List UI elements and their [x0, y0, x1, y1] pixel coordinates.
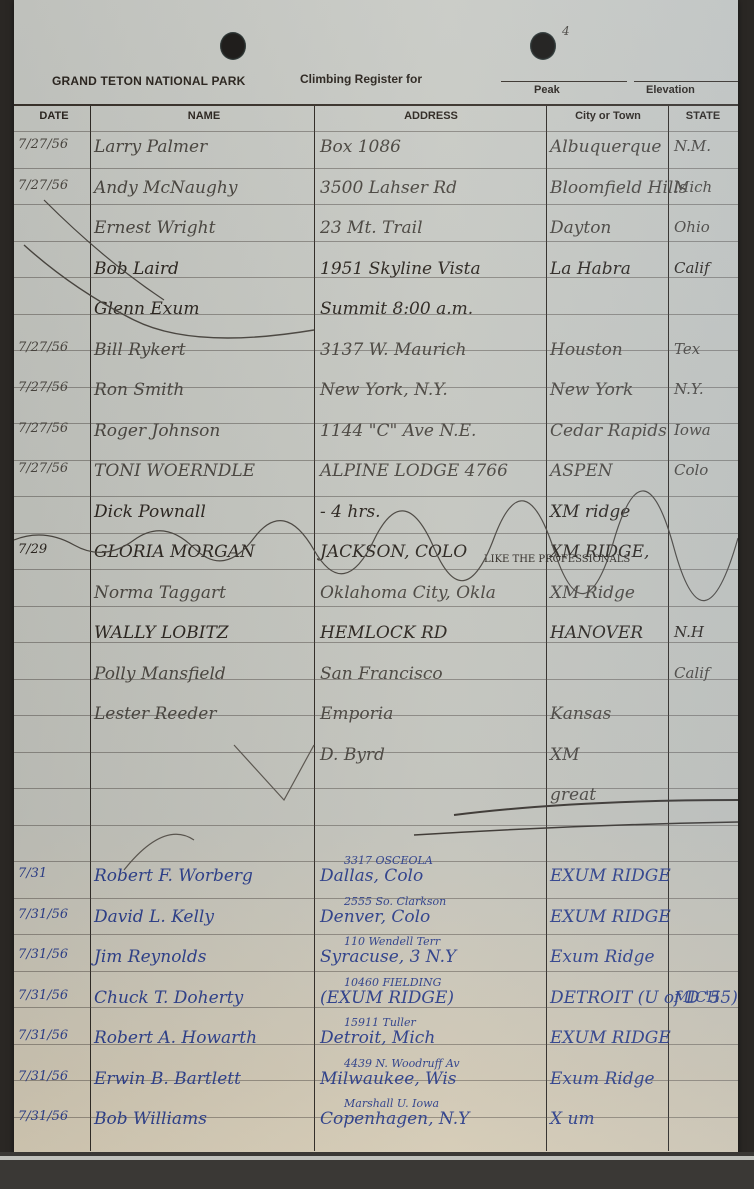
entry-name: Norma Taggart — [94, 583, 314, 603]
register-entry-row: Polly MansfieldSan FranciscoCalif — [14, 658, 738, 694]
entry-state: N.H — [674, 623, 734, 641]
entry-address: Detroit, Mich — [320, 1028, 545, 1048]
entry-city: Kansas — [550, 704, 668, 724]
entry-address: 23 Mt. Trail — [320, 218, 545, 238]
entry-city: Exum Ridge — [550, 1069, 668, 1089]
entry-city: XM — [550, 745, 668, 765]
entry-city: ASPEN — [550, 461, 668, 481]
column-header-address: ADDRESS — [316, 110, 546, 122]
entry-state: N.Y. — [674, 380, 734, 398]
entry-name: David L. Kelly — [94, 907, 314, 927]
entry-address: Summit 8:00 a.m. — [320, 299, 545, 319]
register-entry-row: 7/27/56Andy McNaughy3500 Lahser RdBloomf… — [14, 172, 738, 208]
register-entry-row: 7/27/56Bill Rykert3137 W. MaurichHouston… — [14, 334, 738, 370]
register-entry-row: 7/31/56Erwin B. BartlettMilwaukee, WisEx… — [14, 1063, 738, 1099]
entry-name: Roger Johnson — [94, 421, 314, 441]
register-entry-row: Ernest Wright23 Mt. TrailDaytonOhio — [14, 212, 738, 248]
entry-address-note: Marshall U. Iowa — [344, 1097, 439, 1110]
entry-name: Dick Pownall — [94, 502, 314, 522]
park-title: GRAND TETON NATIONAL PARK — [52, 74, 245, 88]
entry-name: Larry Palmer — [94, 137, 314, 157]
entry-name: Bob Williams — [94, 1109, 314, 1129]
entry-address: 3137 W. Maurich — [320, 340, 545, 360]
entry-state: N.M. — [674, 137, 734, 155]
climbing-register-sheet: 4 GRAND TETON NATIONAL PARK Climbing Reg… — [14, 0, 738, 1165]
entry-date: 7/31/56 — [18, 1069, 88, 1084]
entry-date: 7/31 — [18, 866, 88, 881]
entry-address: 3500 Lahser Rd — [320, 178, 545, 198]
register-entry-row: 7/31/56David L. KellyDenver, ColoEXUM RI… — [14, 901, 738, 937]
entry-address: 1951 Skyline Vista — [320, 259, 545, 279]
entry-city: Exum Ridge — [550, 947, 668, 967]
ruled-line — [14, 168, 738, 169]
register-entry-row: 7/31Robert F. WorbergDallas, ColoEXUM RI… — [14, 860, 738, 896]
entry-date: 7/31/56 — [18, 1109, 88, 1124]
entry-city: EXUM RIDGE — [550, 866, 668, 886]
elevation-label: Elevation — [646, 84, 695, 96]
register-entry-row: 7/31/56Robert A. HowarthDetroit, MichEXU… — [14, 1022, 738, 1058]
entry-name: Ernest Wright — [94, 218, 314, 238]
entry-address: 1144 "C" Ave N.E. — [320, 421, 545, 441]
entry-address: Oklahoma City, Okla — [320, 583, 545, 603]
entry-city: New York — [550, 380, 668, 400]
entry-name: GLORIA MORGAN — [94, 542, 314, 562]
entry-city: XM ridge — [550, 502, 668, 522]
entry-name: WALLY LOBITZ — [94, 623, 314, 643]
entry-address: San Francisco — [320, 664, 545, 684]
entry-date: 7/31/56 — [18, 1028, 88, 1043]
entry-address: (EXUM RIDGE) — [320, 988, 545, 1008]
entry-state: Calif — [674, 259, 734, 277]
entry-city: Albuquerque — [550, 137, 668, 157]
entry-name: Robert F. Worberg — [94, 866, 314, 886]
entry-name: Ron Smith — [94, 380, 314, 400]
entry-address: Syracuse, 3 N.Y — [320, 947, 545, 967]
entry-name: Polly Mansfield — [94, 664, 314, 684]
entry-city: HANOVER — [550, 623, 668, 643]
register-entry-row — [14, 820, 738, 856]
entry-city: Dayton — [550, 218, 668, 238]
entry-city: EXUM RIDGE — [550, 1028, 668, 1048]
punch-hole — [530, 32, 556, 60]
column-header-state: STATE — [670, 110, 736, 122]
register-entry-row: 7/27/56Larry PalmerBox 1086AlbuquerqueN.… — [14, 131, 738, 167]
register-entry-row: Dick Pownall- 4 hrs.XM ridge — [14, 496, 738, 532]
corner-mark: 4 — [562, 24, 570, 38]
column-header-date: DATE — [18, 110, 90, 122]
entry-state: Tex — [674, 340, 734, 358]
punch-hole — [220, 32, 246, 60]
ruled-line — [14, 533, 738, 534]
entry-name: Andy McNaughy — [94, 178, 314, 198]
entry-state: Ohio — [674, 218, 734, 236]
entry-city: EXUM RIDGE — [550, 907, 668, 927]
entry-date: 7/31/56 — [18, 947, 88, 962]
register-entry-row: Glenn ExumSummit 8:00 a.m. — [14, 293, 738, 329]
entry-address-note: 10460 FIELDING — [344, 976, 441, 989]
register-entry-row: WALLY LOBITZHEMLOCK RDHANOVERN.H — [14, 617, 738, 653]
register-entry-row: Norma TaggartOklahoma City, OklaXM Ridge — [14, 577, 738, 613]
entry-name: Glenn Exum — [94, 299, 314, 319]
entry-city: La Habra — [550, 259, 668, 279]
entry-city: Cedar Rapids — [550, 421, 668, 441]
register-label: Climbing Register for — [300, 72, 422, 86]
register-entry-row: Lester ReederEmporiaKansas — [14, 698, 738, 734]
entry-city: Bloomfield Hills — [550, 178, 668, 198]
elevation-blank — [634, 81, 738, 82]
header-rule — [14, 104, 738, 106]
entry-state: Colo — [674, 461, 734, 479]
peak-blank — [501, 81, 627, 82]
entry-name: Erwin B. Bartlett — [94, 1069, 314, 1089]
entry-state: Calif — [674, 664, 734, 682]
entry-city: X um — [550, 1109, 668, 1129]
peak-label: Peak — [534, 84, 560, 96]
entry-city: XM Ridge — [550, 583, 668, 603]
entry-address: ALPINE LODGE 4766 — [320, 461, 545, 481]
entry-address: Denver, Colo — [320, 907, 545, 927]
entry-state: Iowa — [674, 421, 734, 439]
entry-address-note: 15911 Tuller — [344, 1016, 416, 1029]
register-entry-row: 7/27/56Ron SmithNew York, N.Y.New YorkN.… — [14, 374, 738, 410]
entry-date: 7/31/56 — [18, 907, 88, 922]
register-entry-row: D. ByrdXM — [14, 739, 738, 775]
entry-address: Copenhagen, N.Y — [320, 1109, 545, 1129]
entry-name: Jim Reynolds — [94, 947, 314, 967]
entry-address: Emporia — [320, 704, 545, 724]
entry-address-note: 3317 OSCEOLA — [344, 854, 433, 867]
entry-name: Lester Reeder — [94, 704, 314, 724]
register-entry-row: 7/27/56TONI WOERNDLEALPINE LODGE 4766ASP… — [14, 455, 738, 491]
entry-name: Robert A. Howarth — [94, 1028, 314, 1048]
entry-name: TONI WOERNDLE — [94, 461, 314, 481]
entry-date: 7/27/56 — [18, 421, 88, 436]
register-entry-row: Bob Laird1951 Skyline VistaLa HabraCalif — [14, 253, 738, 289]
entry-address: Box 1086 — [320, 137, 545, 157]
entry-date: 7/27/56 — [18, 178, 88, 193]
professionals-annotation: LIKE THE PROFESSIONALS — [484, 554, 630, 565]
entry-address-note: 2555 So. Clarkson — [344, 895, 446, 908]
column-header-city: City or Town — [548, 110, 668, 122]
entry-name: Bob Laird — [94, 259, 314, 279]
entry-date: 7/27/56 — [18, 380, 88, 395]
register-entry-row: great — [14, 779, 738, 815]
entry-date: 7/29 — [18, 542, 88, 557]
entry-date: 7/27/56 — [18, 461, 88, 476]
entry-state: Mich — [674, 178, 734, 196]
entry-name: Bill Rykert — [94, 340, 314, 360]
background-surface — [0, 1152, 754, 1189]
entry-city: Houston — [550, 340, 668, 360]
register-entry-row: 7/31/56Chuck T. Doherty(EXUM RIDGE)DETRO… — [14, 982, 738, 1018]
entry-address: D. Byrd — [320, 745, 545, 765]
entry-address: New York, N.Y. — [320, 380, 545, 400]
column-header-name: NAME — [94, 110, 314, 122]
register-entry-row: 7/27/56Roger Johnson1144 "C" Ave N.E.Ced… — [14, 415, 738, 451]
entry-date: 7/31/56 — [18, 988, 88, 1003]
entry-address: - 4 hrs. — [320, 502, 545, 522]
entry-city: great — [550, 785, 668, 805]
entry-address-note: 4439 N. Woodruff Av — [344, 1057, 460, 1070]
register-entry-row: 7/31/56Jim ReynoldsSyracuse, 3 N.YExum R… — [14, 941, 738, 977]
entry-city: DETROIT (U of D '55) — [550, 988, 668, 1008]
entry-address-note: 110 Wendell Terr — [344, 935, 440, 948]
entry-date: 7/27/56 — [18, 137, 88, 152]
entry-address: Dallas, Colo — [320, 866, 545, 886]
register-entry-row: 7/31/56Bob WilliamsCopenhagen, N.YX umMa… — [14, 1103, 738, 1139]
entry-address: Milwaukee, Wis — [320, 1069, 545, 1089]
entry-name: Chuck T. Doherty — [94, 988, 314, 1008]
entry-state: MICH — [674, 988, 734, 1006]
entry-date: 7/27/56 — [18, 340, 88, 355]
entry-address: HEMLOCK RD — [320, 623, 545, 643]
